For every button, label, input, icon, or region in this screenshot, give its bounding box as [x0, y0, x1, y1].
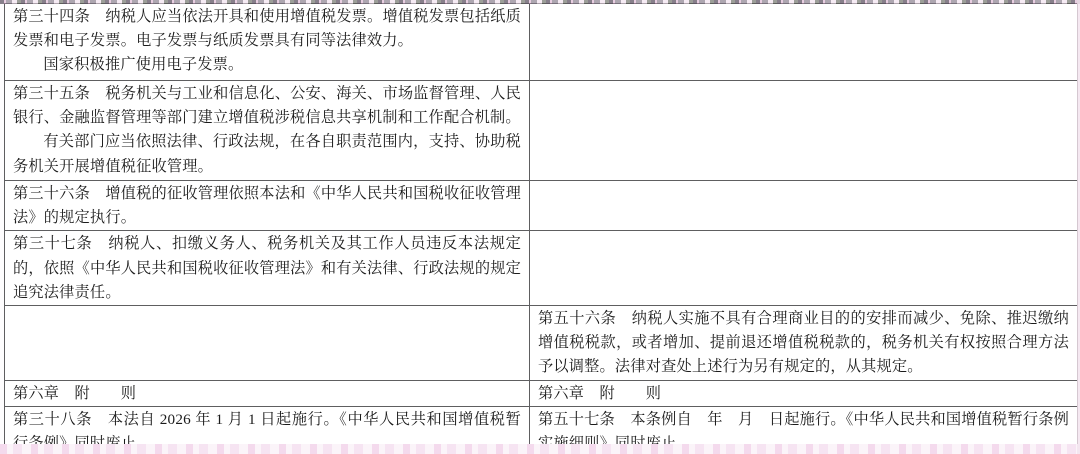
table-row: 第三十八条 本法自 2026 年 1 月 1 日起施行。《中华人民共和国增值税暂… — [5, 406, 1078, 454]
table-cell-left — [5, 306, 530, 381]
paragraph: 第三十七条 纳税人、扣缴义务人、税务机关及其工作人员违反本法规定的，依照《中华人… — [13, 232, 521, 305]
paragraph: 第三十四条 纳税人应当依法开具和使用增值税发票。增值税发票包括纸质发票和电子发票… — [13, 5, 521, 53]
table-row: 第三十五条 税务机关与工业和信息化、公安、海关、市场监督管理、人民银行、金融监督… — [5, 81, 1078, 181]
paragraph: 第六章 附 则 — [538, 382, 1069, 406]
paragraph: 第三十八条 本法自 2026 年 1 月 1 日起施行。《中华人民共和国增值税暂… — [13, 408, 521, 454]
table-cell-right: 第六章 附 则 — [530, 380, 1078, 406]
table-cell-left: 第三十七条 纳税人、扣缴义务人、税务机关及其工作人员违反本法规定的，依照《中华人… — [5, 231, 530, 306]
paragraph: 第五十六条 纳税人实施不具有合理商业目的的安排而减少、免除、推迟缴纳增值税税款，… — [538, 307, 1069, 380]
paragraph: 第三十六条 增值税的征收管理依照本法和《中华人民共和国税收征收管理法》的规定执行… — [13, 182, 521, 230]
table-cell-left: 第三十五条 税务机关与工业和信息化、公安、海关、市场监督管理、人民银行、金融监督… — [5, 81, 530, 181]
table-row: 第三十七条 纳税人、扣缴义务人、税务机关及其工作人员违反本法规定的，依照《中华人… — [5, 231, 1078, 306]
table-cell-left: 第三十四条 纳税人应当依法开具和使用增值税发票。增值税发票包括纸质发票和电子发票… — [5, 4, 530, 81]
table-cell-right: 第五十七条 本条例自 年 月 日起施行。《中华人民共和国增值税暂行条例实施细则》… — [530, 406, 1078, 454]
table-cell-right: 第五十六条 纳税人实施不具有合理商业目的的安排而减少、免除、推迟缴纳增值税税款，… — [530, 306, 1078, 381]
table-row: 第五十六条 纳税人实施不具有合理商业目的的安排而减少、免除、推迟缴纳增值税税款，… — [5, 306, 1078, 381]
table-cell-left: 第三十八条 本法自 2026 年 1 月 1 日起施行。《中华人民共和国增值税暂… — [5, 406, 530, 454]
scanned-document-page: 第三十四条 纳税人应当依法开具和使用增值税发票。增值税发票包括纸质发票和电子发票… — [0, 0, 1080, 454]
law-comparison-table: 第三十四条 纳税人应当依法开具和使用增值税发票。增值税发票包括纸质发票和电子发票… — [4, 3, 1078, 454]
table-row: 第三十四条 纳税人应当依法开具和使用增值税发票。增值税发票包括纸质发票和电子发票… — [5, 4, 1078, 81]
paragraph: 有关部门应当依照法律、行政法规，在各自职责范围内，支持、协助税务机关开展增值税征… — [13, 130, 521, 178]
paragraph: 第六章 附 则 — [13, 382, 521, 406]
comparison-table-body: 第三十四条 纳税人应当依法开具和使用增值税发票。增值税发票包括纸质发票和电子发票… — [5, 4, 1078, 454]
table-cell-right — [530, 81, 1078, 181]
table-cell-right — [530, 4, 1078, 81]
paragraph: 第五十七条 本条例自 年 月 日起施行。《中华人民共和国增值税暂行条例实施细则》… — [538, 408, 1069, 454]
table-cell-right — [530, 231, 1078, 306]
table-cell-right — [530, 181, 1078, 231]
table-cell-left: 第六章 附 则 — [5, 380, 530, 406]
table-row: 第三十六条 增值税的征收管理依照本法和《中华人民共和国税收征收管理法》的规定执行… — [5, 181, 1078, 231]
paragraph: 国家积极推广使用电子发票。 — [13, 53, 521, 77]
table-row: 第六章 附 则第六章 附 则 — [5, 380, 1078, 406]
paragraph: 第三十五条 税务机关与工业和信息化、公安、海关、市场监督管理、人民银行、金融监督… — [13, 82, 521, 130]
table-cell-left: 第三十六条 增值税的征收管理依照本法和《中华人民共和国税收征收管理法》的规定执行… — [5, 181, 530, 231]
